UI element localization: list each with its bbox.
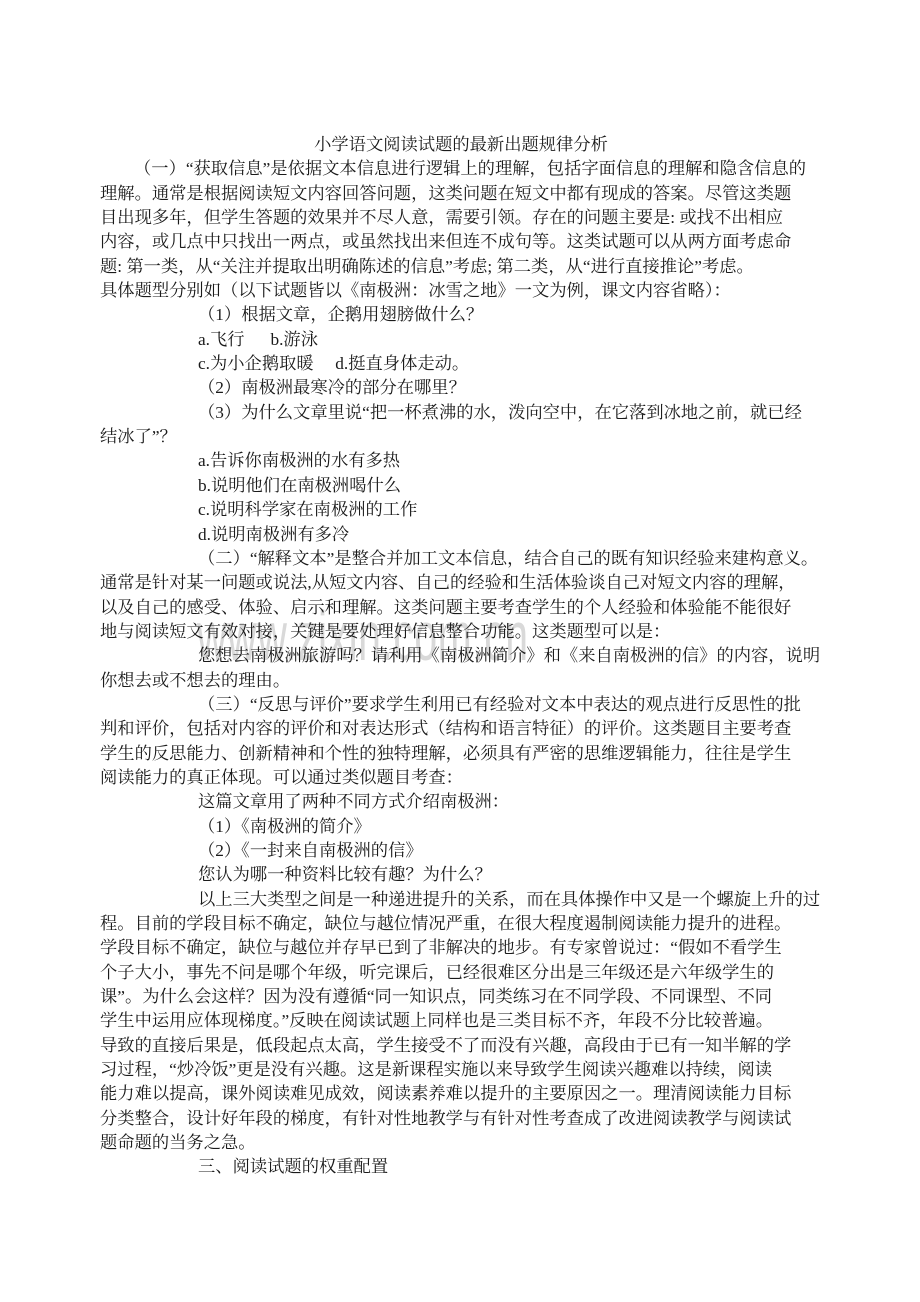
text-line: b.说明他们在南极洲喝什么 bbox=[100, 474, 822, 498]
text-line: 地与阅读短文有效对接，关键是要处理好信息整合功能。这类题型可以是： bbox=[100, 620, 822, 644]
document-body: 小学语文阅读试题的最新出题规律分析（一）“获取信息”是依据文本信息进行逻辑上的理… bbox=[0, 0, 920, 1180]
text-line: （2）《一封来自南极洲的信》 bbox=[100, 839, 822, 863]
text-line: （二）“解释文本”是整合并加工文本信息，结合自己的既有知识经验来建构意义。 bbox=[100, 547, 822, 571]
text-line: 个子大小，事先不问是哪个年级，听完课后，已经很难区分出是三年级还是六年级学生的 bbox=[100, 961, 822, 985]
text-line: 分类整合，设计好年段的梯度，有针对性地教学与有针对性考查成了改进阅读教学与阅读试 bbox=[100, 1107, 822, 1131]
text-line: 题: 第一类，从“关注并提取出明确陈述的信息”考虑; 第二类，从“进行直接推论”… bbox=[100, 255, 822, 279]
text-line: 判和评价，包括对内容的评价和对表达形式（结构和语言特征）的评价。这类题目主要考查 bbox=[100, 717, 822, 741]
text-line: 你想去或不想去的理由。 bbox=[100, 669, 822, 693]
text-line: 学生中运用应体现梯度。”反映在阅读试题上同样也是三类目标不齐，年段不分比较普遍。 bbox=[100, 1009, 822, 1033]
text-line: 程。目前的学段目标不确定，缺位与越位情况严重，在很大程度遏制阅读能力提升的进程。 bbox=[100, 912, 822, 936]
text-line: （2）南极洲最寒冷的部分在哪里？ bbox=[100, 376, 822, 400]
text-line: 内容，或几点中只找出一两点，或虽然找出来但连不成句等。这类试题可以从两方面考虑命 bbox=[100, 230, 822, 254]
text-line: 通常是针对某一问题或说法,从短文内容、自己的经验和生活体验谈自己对短文内容的理解… bbox=[100, 571, 822, 595]
document-page: www.zixin.com.cn 小学语文阅读试题的最新出题规律分析（一）“获取… bbox=[0, 0, 920, 1302]
text-line: （3）为什么文章里说“把一杯煮沸的水，泼向空中，在它落到冰地之前，就已经 bbox=[100, 401, 822, 425]
text-line: 题命题的当务之急。 bbox=[100, 1131, 822, 1155]
text-line: 目出现多年，但学生答题的效果并不尽人意，需要引领。存在的问题主要是: 或找不出相… bbox=[100, 206, 822, 230]
text-line: 具体题型分别如（以下试题皆以《南极洲：冰雪之地》一文为例，课文内容省略）： bbox=[100, 279, 822, 303]
text-line: 导致的直接后果是，低段起点太高，学生接受不了而没有兴趣，高段由于已有一知半解的学 bbox=[100, 1034, 822, 1058]
text-line: （一）“获取信息”是依据文本信息进行逻辑上的理解，包括字面信息的理解和隐含信息的 bbox=[100, 157, 822, 181]
text-line: （三）“反思与评价”要求学生利用已有经验对文本中表达的观点进行反思性的批 bbox=[100, 693, 822, 717]
text-line: 这篇文章用了两种不同方式介绍南极洲： bbox=[100, 790, 822, 814]
text-line: 课”。为什么会这样？因为没有遵循“同一知识点，同类练习在不同学段、不同课型、不同 bbox=[100, 985, 822, 1009]
text-line: （1）《南极洲的简介》 bbox=[100, 815, 822, 839]
text-line: （1）根据文章，企鹅用翅膀做什么？ bbox=[100, 303, 822, 327]
text-line: 学生的反思能力、创新精神和个性的独特理解，必须具有严密的思维逻辑能力，往往是学生 bbox=[100, 742, 822, 766]
text-line: 阅读能力的真正体现。可以通过类似题目考查： bbox=[100, 766, 822, 790]
text-line: 习过程，“炒冷饭”更是没有兴趣。这是新课程实施以来导致学生阅读兴趣难以持续，阅读 bbox=[100, 1058, 822, 1082]
text-line: 您认为哪一种资料比较有趣？为什么？ bbox=[100, 863, 822, 887]
text-line: c.说明科学家在南极洲的工作 bbox=[100, 498, 822, 522]
text-line: 理解。通常是根据阅读短文内容回答问题，这类问题在短文中都有现成的答案。尽管这类题 bbox=[100, 182, 822, 206]
text-line: 您想去南极洲旅游吗？请利用《南极洲简介》和《来自南极洲的信》的内容，说明 bbox=[100, 644, 822, 668]
text-line: d.说明南极洲有多冷 bbox=[100, 523, 822, 547]
text-line: 三、阅读试题的权重配置 bbox=[100, 1155, 822, 1179]
text-line: 以及自己的感受、体验、启示和理解。这类问题主要考查学生的个人经验和体验能不能很好 bbox=[100, 596, 822, 620]
text-line: 能力难以提高，课外阅读难见成效，阅读素养难以提升的主要原因之一。理清阅读能力目标 bbox=[100, 1082, 822, 1106]
text-line: 以上三大类型之间是一种递进提升的关系，而在具体操作中又是一个螺旋上升的过 bbox=[100, 888, 822, 912]
text-line: 结冰了”？ bbox=[100, 425, 822, 449]
text-line: c.为小企鹅取暖 d.挺直身体走动。 bbox=[100, 352, 822, 376]
text-line: a.告诉你南极洲的水有多热 bbox=[100, 449, 822, 473]
document-title: 小学语文阅读试题的最新出题规律分析 bbox=[100, 133, 822, 157]
text-line: 学段目标不确定，缺位与越位并存早已到了非解决的地步。有专家曾说过：“假如不看学生 bbox=[100, 936, 822, 960]
text-line: a.飞行 b.游泳 bbox=[100, 328, 822, 352]
